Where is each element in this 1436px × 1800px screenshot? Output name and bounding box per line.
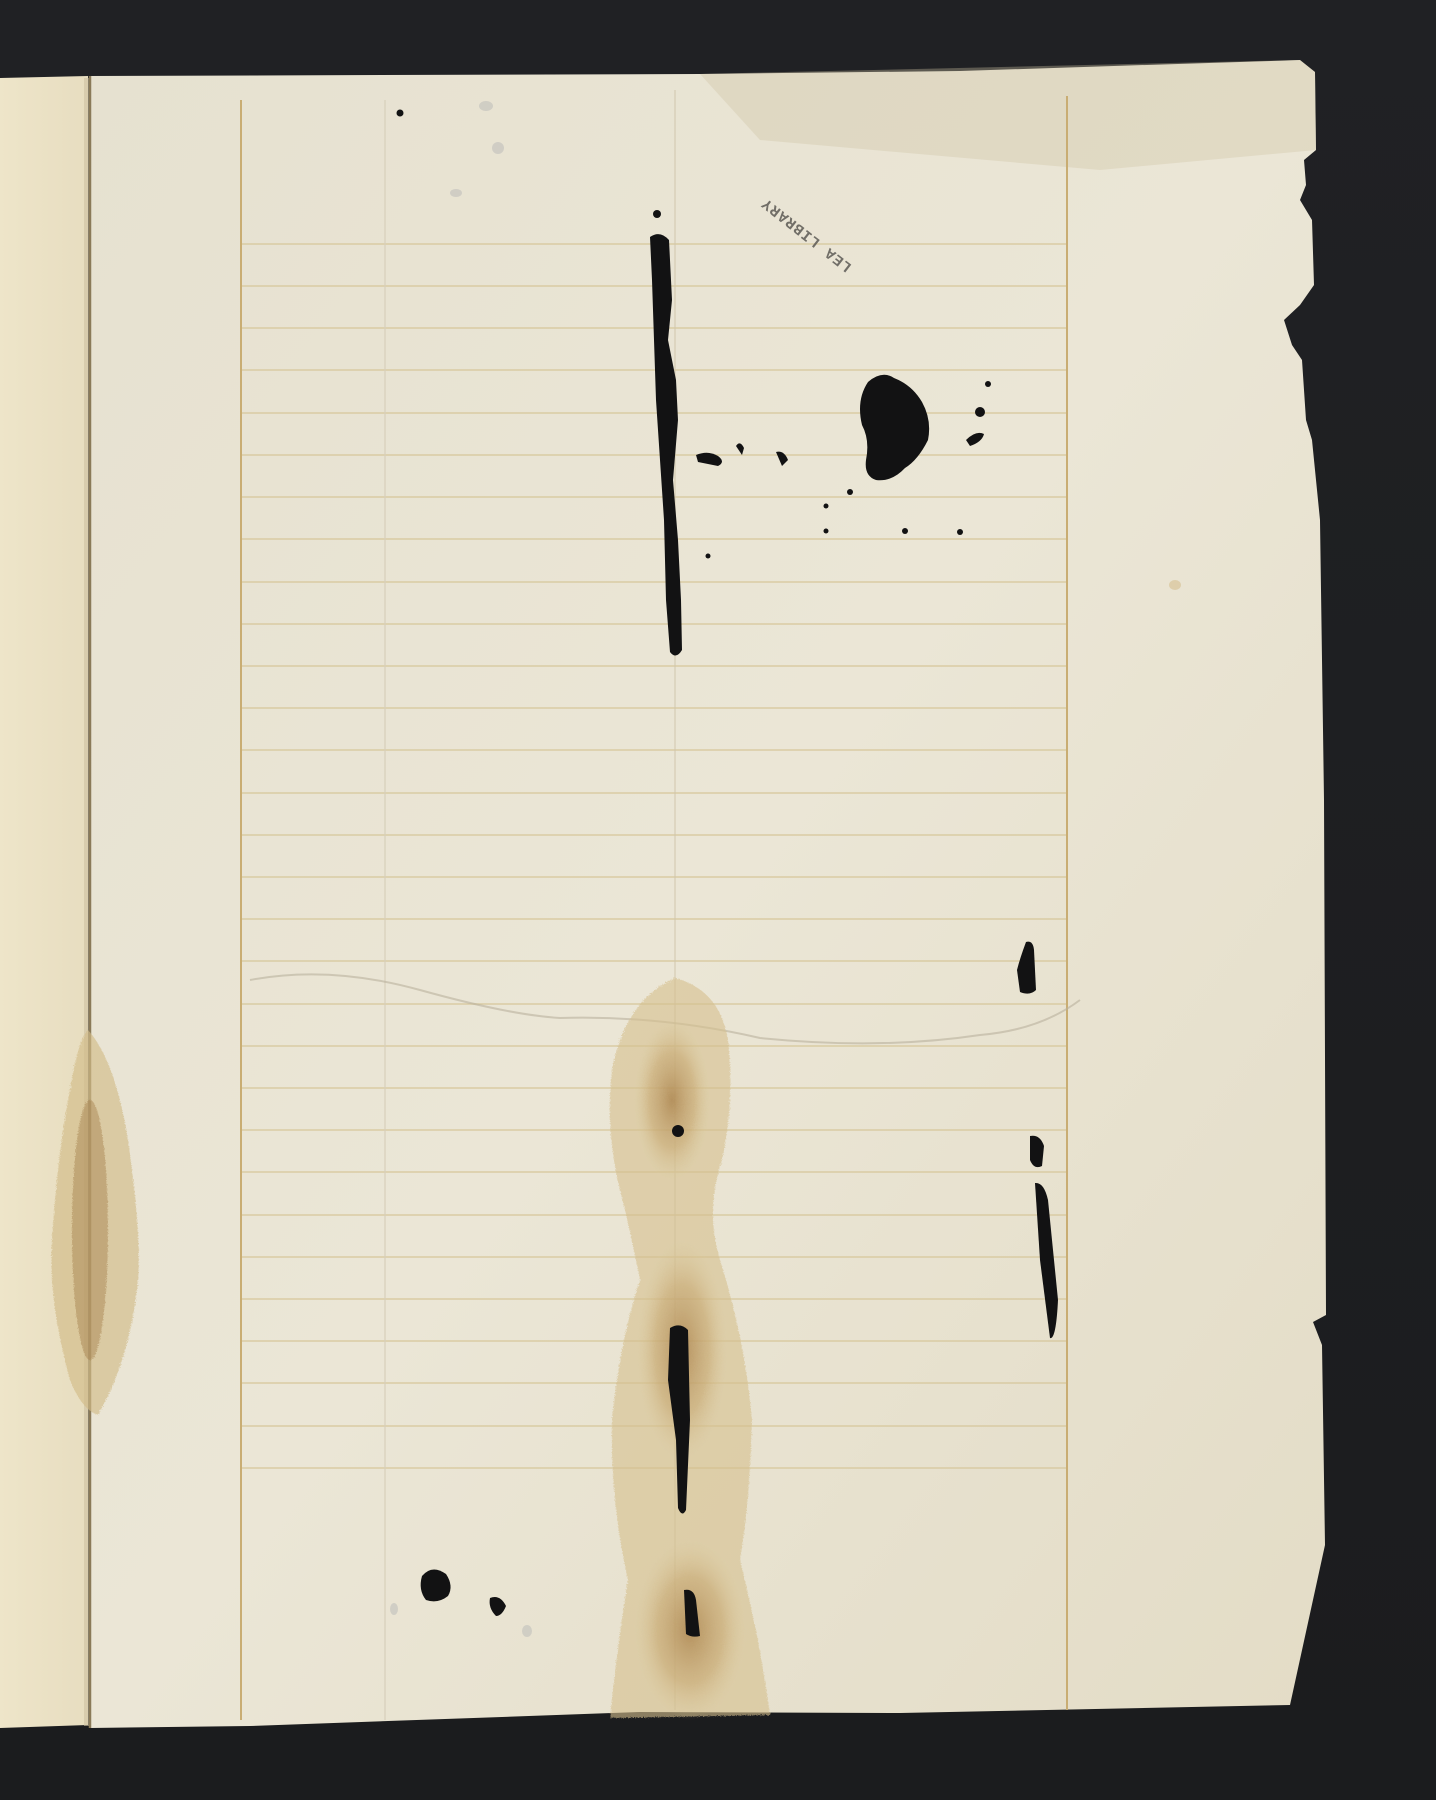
manuscript-scan — [0, 0, 1436, 1800]
left-page — [0, 76, 92, 1728]
